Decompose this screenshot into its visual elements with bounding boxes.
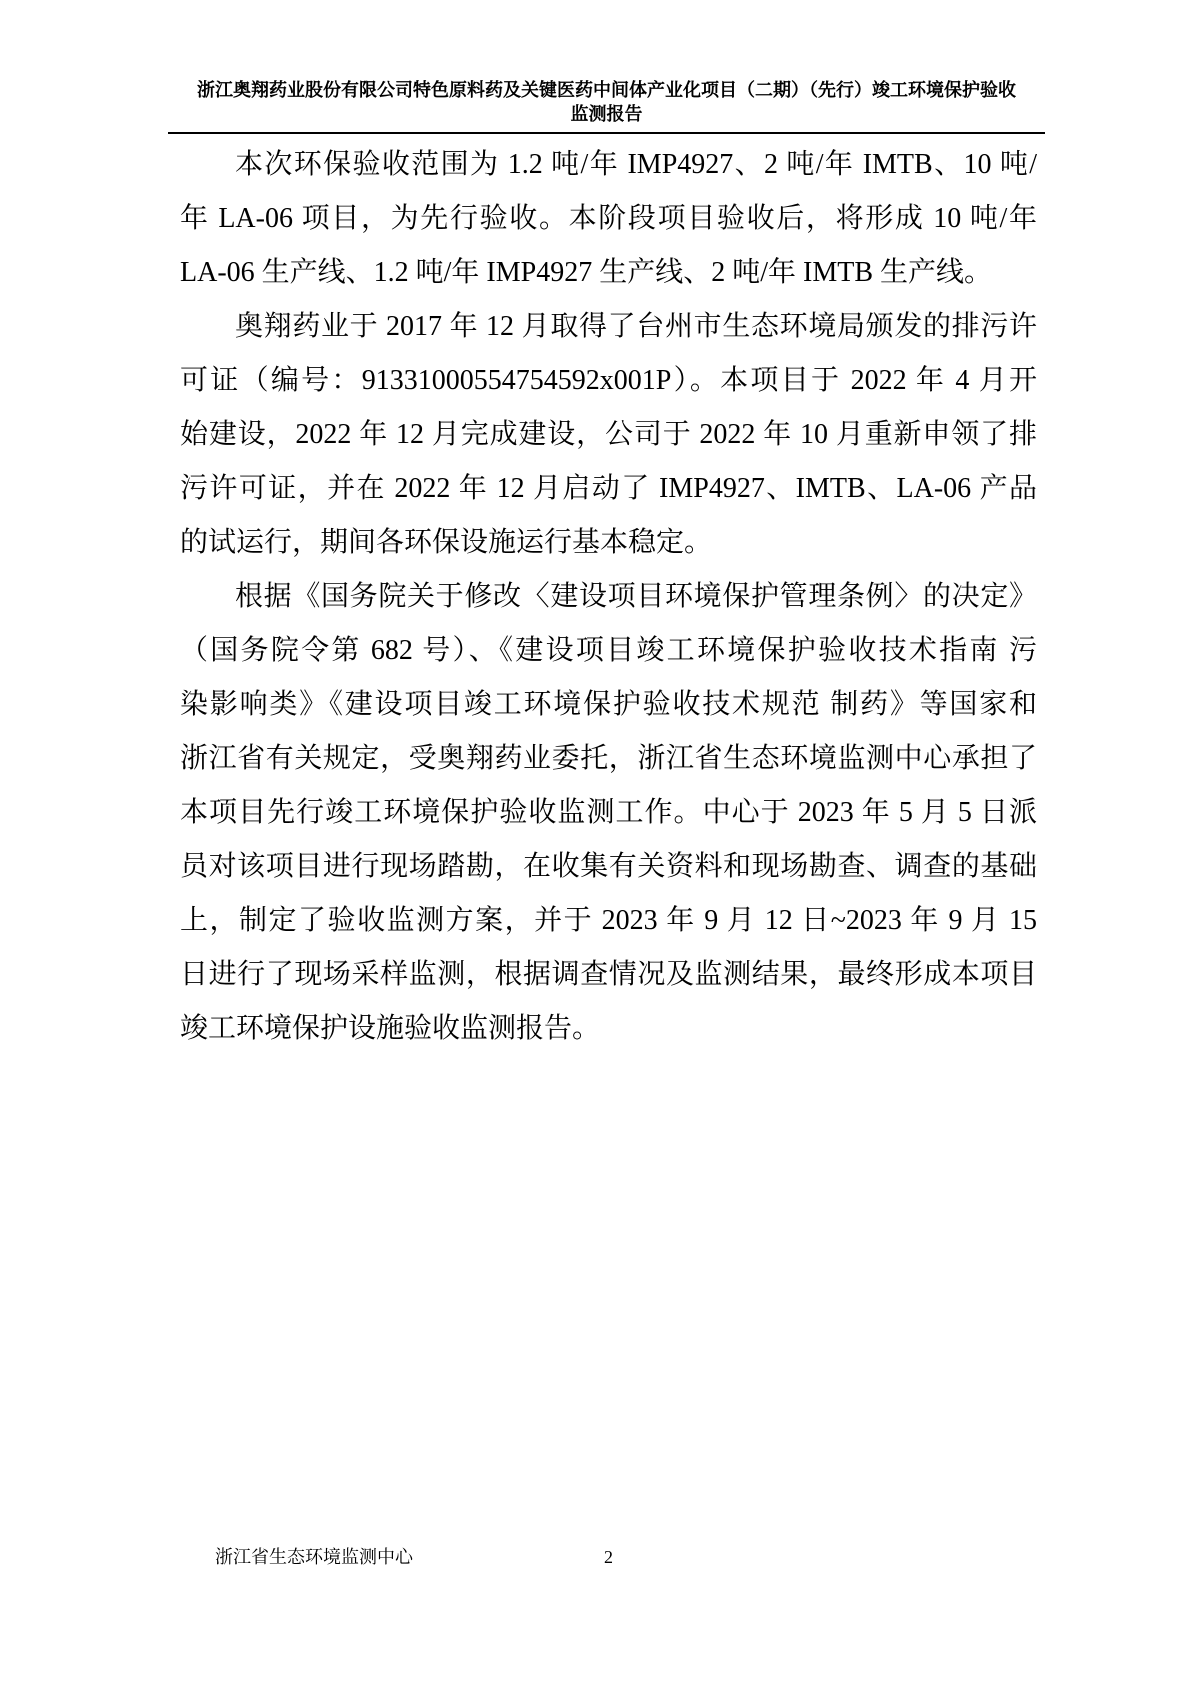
text-line: 根据《国务院关于修改〈建设项目环境保护管理条例〉的决定》 [180, 570, 1037, 624]
document-body: 本次环保验收范围为 1.2 吨/年 IMP4927、2 吨/年 IMTB、10 … [180, 138, 1037, 1056]
text-line: 的试运行，期间各环保设施运行基本稳定。 [180, 516, 1037, 570]
header-title-line1: 浙江奥翔药业股份有限公司特色原料药及关键医药中间体产业化项目（二期）（先行）竣工… [168, 78, 1045, 102]
footer-page-number: 2 [180, 1544, 1037, 1570]
paragraph: 根据《国务院关于修改〈建设项目环境保护管理条例〉的决定》（国务院令第 682 号… [180, 570, 1037, 1056]
paragraph: 奥翔药业于 2017 年 12 月取得了台州市生态环境局颁发的排污许可证（编号：… [180, 300, 1037, 570]
text-line: 污许可证，并在 2022 年 12 月启动了 IMP4927、IMTB、LA-0… [180, 462, 1037, 516]
text-line: 染影响类》《建设项目竣工环境保护验收技术规范 制药》等国家和 [180, 678, 1037, 732]
text-line: 始建设，2022 年 12 月完成建设，公司于 2022 年 10 月重新申领了… [180, 408, 1037, 462]
text-line: 员对该项目进行现场踏勘，在收集有关资料和现场勘查、调查的基础 [180, 840, 1037, 894]
text-line: LA-06 生产线、1.2 吨/年 IMP4927 生产线、2 吨/年 IMTB… [180, 246, 1037, 300]
text-line: 奥翔药业于 2017 年 12 月取得了台州市生态环境局颁发的排污许 [180, 300, 1037, 354]
paragraph: 本次环保验收范围为 1.2 吨/年 IMP4927、2 吨/年 IMTB、10 … [180, 138, 1037, 300]
text-line: 浙江省有关规定，受奥翔药业委托，浙江省生态环境监测中心承担了 [180, 732, 1037, 786]
text-line: 本项目先行竣工环境保护验收监测工作。中心于 2023 年 5 月 5 日派 [180, 786, 1037, 840]
text-line: （国务院令第 682 号）、《建设项目竣工环境保护验收技术指南 污 [180, 624, 1037, 678]
text-line: 本次环保验收范围为 1.2 吨/年 IMP4927、2 吨/年 IMTB、10 … [180, 138, 1037, 192]
text-line: 年 LA-06 项目，为先行验收。本阶段项目验收后，将形成 10 吨/年 [180, 192, 1037, 246]
text-line: 竣工环境保护设施验收监测报告。 [180, 1002, 1037, 1056]
header-title-line2: 监测报告 [168, 102, 1045, 126]
page-header: 浙江奥翔药业股份有限公司特色原料药及关键医药中间体产业化项目（二期）（先行）竣工… [168, 78, 1045, 126]
text-line: 上，制定了验收监测方案，并于 2023 年 9 月 12 日~2023 年 9 … [180, 894, 1037, 948]
text-line: 日进行了现场采样监测，根据调查情况及监测结果，最终形成本项目 [180, 948, 1037, 1002]
document-page: 浙江奥翔药业股份有限公司特色原料药及关键医药中间体产业化项目（二期）（先行）竣工… [0, 0, 1190, 1683]
header-divider [168, 132, 1045, 134]
text-line: 可证（编号：91331000554754592x001P）。本项目于 2022 … [180, 354, 1037, 408]
